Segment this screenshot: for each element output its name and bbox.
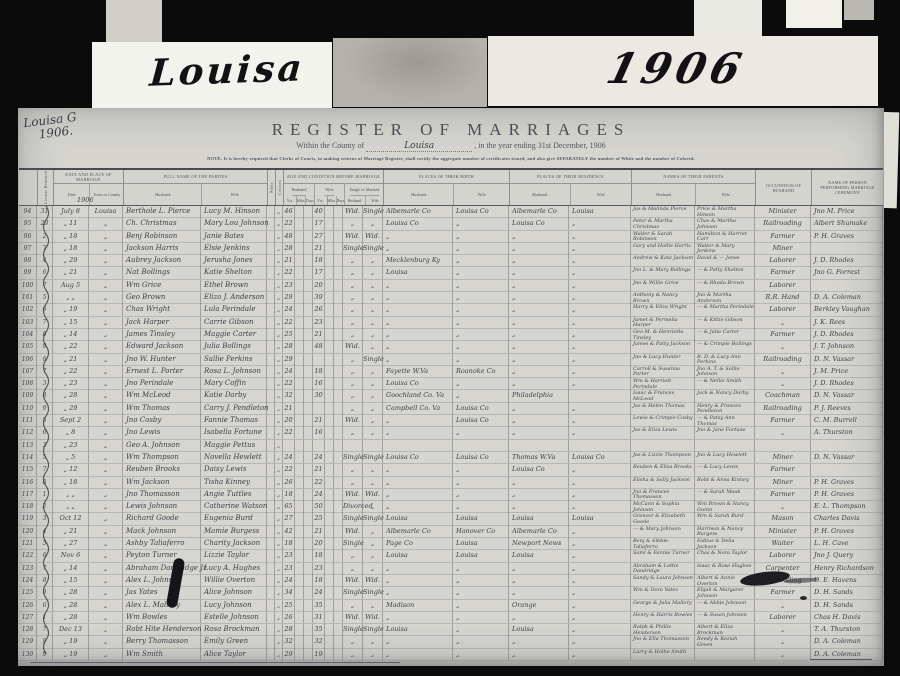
cell-wife-birthplace — [453, 440, 509, 452]
cell-husband-age-years: 25 — [283, 600, 295, 612]
cell-wife-parents: Jno & Lucy Hewlett — [695, 452, 755, 464]
cell-wife-name: Estelle Johnson — [201, 612, 267, 624]
cell-wife-name: Carry J. Pendleton — [201, 403, 267, 415]
cell-husband-age-months — [295, 243, 304, 255]
cell-license-number: 96 — [19, 231, 37, 243]
cell-minister-name: T. A. Thurston — [811, 624, 883, 636]
cell-wife-name: Novella Hewlett — [201, 452, 267, 464]
cell-husband-condition: Single — [343, 624, 363, 636]
cell-wife-age-years: 31 — [313, 612, 325, 624]
subtitle-suffix: , in the year ending 31st December, 1906 — [474, 141, 605, 150]
cell-white-mark — [267, 243, 275, 255]
cell-husband-parents: Saml & Fannie Turner — [631, 550, 695, 562]
cell-husband-name: Jno Cosby — [123, 415, 201, 427]
cell-wife-residence: „ — [569, 563, 631, 575]
cell-date: Nov 6 — [53, 550, 89, 562]
cell-white-mark — [267, 304, 275, 316]
cell-wife-age-months — [325, 587, 334, 599]
cell-wife-age-years: 17 — [313, 267, 325, 279]
cell-husband-name: Alex L. Mallory — [123, 600, 201, 612]
table-row: 1083„ 23„Jno PerindaleMary Coffin„2216„„… — [19, 378, 883, 390]
cell-wife-condition: „ — [363, 390, 383, 402]
cell-white-mark — [267, 403, 275, 415]
cell-town-or-county: „ — [89, 218, 123, 230]
cell-date: „ 21 — [53, 354, 89, 366]
cell-date: „ 23 — [53, 378, 89, 390]
cell-husband-age-years: 28 — [283, 243, 295, 255]
cell-husband-age-days — [304, 231, 313, 243]
cell-wife-residence: „ — [569, 526, 631, 538]
cell-husband-condition: „ — [343, 329, 363, 341]
cell-date: „ 8 — [53, 427, 89, 439]
cell-date: „ „ — [53, 489, 89, 501]
cell-wife-residence: „ — [569, 575, 631, 587]
cell-wife-age-days — [334, 280, 343, 292]
table-row: 1215„ 27„Ashby TaliaferroCharity Jackson… — [19, 538, 883, 550]
cell-husband-condition: Wid. — [343, 415, 363, 427]
cell-husband-residence: Albemarle Co — [509, 526, 569, 538]
cell-town-or-county: „ — [89, 329, 123, 341]
cell-husband-residence: „ — [509, 354, 569, 366]
table-row: 1299„ 19„Berry ThomassonEmily Green„3232… — [19, 636, 883, 648]
cell-colored-mark: „ — [275, 280, 283, 292]
cell-white-mark — [267, 513, 275, 525]
cell-wife-age-days — [334, 317, 343, 329]
cell-husband-birthplace: Louisa Co — [383, 378, 453, 390]
cell-minister-name — [811, 440, 883, 452]
cell-husband-name: Wm Smith — [123, 649, 201, 661]
cell-wife-age-days — [334, 464, 343, 476]
cell-husband-residence: „ — [509, 280, 569, 292]
cell-husband-condition — [343, 440, 363, 452]
cell-date: „ 29 — [53, 255, 89, 267]
table-row: 1193Oct 12„Richard GoodeEugenia Burd„272… — [19, 513, 883, 525]
cell-colored-mark: „ — [275, 378, 283, 390]
cell-husband-age-years: 28 — [283, 624, 295, 636]
cell-return-number: 7 — [37, 280, 53, 292]
cell-wife-age-years: 20 — [313, 538, 325, 550]
cell-colored-mark: „ — [275, 538, 283, 550]
cell-husband-birthplace: Mecklenburg Ky — [383, 255, 453, 267]
cell-wife-birthplace: „ — [453, 575, 509, 587]
cell-husband-parents: Wm & Harriett Perindale — [631, 378, 695, 390]
cell-wife-age-months — [325, 464, 334, 476]
cell-husband-age-days — [304, 403, 313, 415]
cell-occupation: Miner — [755, 243, 811, 255]
cell-occupation: „ — [755, 600, 811, 612]
cell-white-mark — [267, 427, 275, 439]
cell-wife-age-days — [334, 329, 343, 341]
cell-wife-residence: „ — [569, 366, 631, 378]
cell-wife-age-years: 18 — [313, 575, 325, 587]
cell-return-number: 7 — [37, 366, 53, 378]
cell-husband-name: Nat Bollings — [123, 267, 201, 279]
cell-date: „ 18 — [53, 231, 89, 243]
cell-husband-age-days — [304, 477, 313, 489]
cell-husband-residence: Philadelphia — [509, 390, 569, 402]
cell-wife-residence: „ — [569, 649, 631, 661]
cell-colored-mark: „ — [275, 267, 283, 279]
cell-wife-birthplace: „ — [453, 464, 509, 476]
cell-return-number: 4 — [37, 255, 53, 267]
cell-town-or-county: „ — [89, 255, 123, 267]
cell-husband-name: Wm Grice — [123, 280, 201, 292]
table-row: 1077„ 22„Ernest L. PorterRosa L. Johnson… — [19, 366, 883, 378]
cell-colored-mark: „ — [275, 612, 283, 624]
table-row: 9431July 8LouisaBerthole L. PierceLucy M… — [19, 206, 883, 218]
cell-wife-parents: David & — Jones — [695, 255, 755, 267]
cell-wife-residence: Louisa — [569, 513, 631, 525]
cell-husband-birthplace: „ — [383, 415, 453, 427]
cell-wife-birthplace: „ — [453, 317, 509, 329]
cell-husband-birthplace: Louisa Co — [383, 452, 453, 464]
cell-occupation: Laborer — [755, 255, 811, 267]
cell-husband-age-years: 23 — [283, 280, 295, 292]
cell-colored-mark: „ — [275, 440, 283, 452]
cell-husband-age-days — [304, 513, 313, 525]
cell-wife-parents: Isaac & Rose Hughes — [695, 563, 755, 575]
cell-husband-age-months — [295, 341, 304, 353]
cell-wife-age-years — [313, 354, 325, 366]
table-row: 1182„ „„Lewis JohnsonCatherine Watson„65… — [19, 501, 883, 513]
cell-husband-condition: Divorced — [343, 501, 363, 513]
cell-return-number: 6 — [37, 267, 53, 279]
cell-date: „ 27 — [53, 538, 89, 550]
cell-husband-age-months — [295, 354, 304, 366]
cell-wife-age-days — [334, 304, 343, 316]
cell-wife-name: Eliza J. Anderson — [201, 292, 267, 304]
cell-town-or-county: „ — [89, 600, 123, 612]
cell-husband-condition: „ — [343, 218, 363, 230]
cell-husband-name: Abraham Dandridge Jr — [123, 563, 201, 575]
cell-wife-condition: „ — [363, 526, 383, 538]
cell-husband-birthplace: „ — [383, 280, 453, 292]
table-row: 996„ 21„Nat BollingsKatie Shelton„2217„„… — [19, 267, 883, 279]
cell-husband-residence: „ — [509, 231, 569, 243]
cell-husband-residence: „ — [509, 403, 569, 415]
cell-minister-name: Jno J. Query — [811, 550, 883, 562]
cell-wife-parents: Jno & Martha Anderson — [695, 292, 755, 304]
cell-colored-mark: „ — [275, 587, 283, 599]
cell-license-number: 98 — [19, 255, 37, 267]
cell-husband-condition: „ — [343, 403, 363, 415]
cell-husband-age-months — [295, 563, 304, 575]
cell-white-mark — [267, 218, 275, 230]
cell-husband-age-days — [304, 612, 313, 624]
cell-wife-name: Angie Tuttles — [201, 489, 267, 501]
cell-return-number: 9 — [37, 403, 53, 415]
cell-husband-age-days — [304, 600, 313, 612]
cell-wife-birthplace: „ — [453, 218, 509, 230]
cell-date: „ 21 — [53, 267, 89, 279]
cell-town-or-county: „ — [89, 403, 123, 415]
cell-husband-age-years: 46 — [283, 206, 295, 218]
cell-date: „ 19 — [53, 304, 89, 316]
cell-town-or-county: „ — [89, 636, 123, 648]
cell-husband-parents: Jno & Frances Thomasson — [631, 489, 695, 501]
cell-husband-name: Wm Thompson — [123, 452, 201, 464]
cell-husband-age-months — [295, 649, 304, 661]
cell-wife-name: Carrie Gibson — [201, 317, 267, 329]
cell-license-number: 107 — [19, 366, 37, 378]
cell-wife-age-months — [325, 341, 334, 353]
cell-husband-age-days — [304, 292, 313, 304]
cell-colored-mark: „ — [275, 526, 283, 538]
cell-wife-age-days — [334, 452, 343, 464]
table-row: 1015„ „„Geo BrownEliza J. Anderson„2939„… — [19, 292, 883, 304]
cell-colored-mark: „ — [275, 624, 283, 636]
cell-date: „ 22 — [53, 341, 89, 353]
cell-date: „ 22 — [53, 366, 89, 378]
cell-husband-parents: Abraham & Lettie Dandridge — [631, 563, 695, 575]
colored-header: Colored — [275, 170, 283, 205]
cell-wife-name: Lula Perindale — [201, 304, 267, 316]
cell-husband-name: Benj Robinson — [123, 231, 201, 243]
cell-wife-age-years: 18 — [313, 366, 325, 378]
cell-wife-age-months — [325, 403, 334, 415]
cell-wife-age-years: 35 — [313, 600, 325, 612]
cell-wife-age-years: 22 — [313, 477, 325, 489]
cell-wife-age-years: 23 — [313, 317, 325, 329]
cell-wife-name: Lucy M. Hinson — [201, 206, 267, 218]
cell-license-number: 114 — [19, 452, 37, 464]
cell-wife-name: Alice Johnson — [201, 587, 267, 599]
table-row: 1168„ 18„Wm JacksonTisha Kinney„2622„„„„… — [19, 477, 883, 489]
cell-minister-name: J. D. Rhodes — [811, 378, 883, 390]
cell-husband-residence: Albemarle Co — [509, 206, 569, 218]
table-row: 1126„ 8„Jno LewisIsabella Fortune„2216„„… — [19, 427, 883, 439]
cell-wife-age-years: 23 — [313, 563, 325, 575]
cell-license-number: 121 — [19, 538, 37, 550]
cell-colored-mark: „ — [275, 649, 283, 661]
cell-wife-age-years: 18 — [313, 550, 325, 562]
table-row: 1145„ 5„Wm ThompsonNovella Hewlett„2424S… — [19, 452, 883, 464]
cell-wife-age-months — [325, 427, 334, 439]
cell-wife-age-days — [334, 624, 343, 636]
cell-wife-age-days — [334, 292, 343, 304]
table-row: 1037„ 15„Jack HarperCarrie Gibson„2223„„… — [19, 317, 883, 329]
table-row: 977„ 18„Jackson HarrisElsie Jenkins„2821… — [19, 243, 883, 255]
cell-wife-age-months — [325, 267, 334, 279]
cell-wife-parents: Chas & Martha Johnson — [695, 218, 755, 230]
cell-husband-age-months — [295, 292, 304, 304]
cell-wife-birthplace: „ — [453, 612, 509, 624]
cell-husband-condition: Wid. — [343, 612, 363, 624]
cell-husband-age-days — [304, 341, 313, 353]
cell-husband-birthplace: Fayette W.Va — [383, 366, 453, 378]
cell-license-number: 111 — [19, 415, 37, 427]
cell-wife-age-days — [334, 575, 343, 587]
cell-husband-condition: Wid. — [343, 206, 363, 218]
cell-husband-birthplace: „ — [383, 477, 453, 489]
cell-return-number: 3 — [37, 513, 53, 525]
cell-husband-birthplace: „ — [383, 243, 453, 255]
cell-husband-age-months — [295, 231, 304, 243]
cell-husband-residence: „ — [509, 292, 569, 304]
cell-husband-age-days — [304, 587, 313, 599]
cell-date: „ 15 — [53, 317, 89, 329]
table-row: 1109„ 29„Wm ThomasCarry J. Pendleton„21„… — [19, 403, 883, 415]
cell-wife-residence: „ — [569, 267, 631, 279]
cell-date: „ „ — [53, 292, 89, 304]
cell-return-number: 6 — [37, 550, 53, 562]
cell-husband-parents: Jas & Malinda Pierce — [631, 206, 695, 218]
cell-wife-birthplace: Louisa Co — [453, 415, 509, 427]
cell-minister-name: J. M. Price — [811, 366, 883, 378]
blank-card — [333, 38, 487, 107]
cell-minister-name: Henry Richardson — [811, 563, 883, 575]
cell-wife-parents: — & Julia Carter — [695, 329, 755, 341]
cell-husband-condition: „ — [343, 636, 363, 648]
cell-license-number: 105 — [19, 341, 37, 353]
cell-husband-condition: „ — [343, 366, 363, 378]
cell-husband-birthplace: „ — [383, 612, 453, 624]
cell-husband-condition: „ — [343, 600, 363, 612]
cell-wife-age-years: 35 — [313, 624, 325, 636]
cell-wife-age-months — [325, 354, 334, 366]
cell-husband-age-years: 28 — [283, 341, 295, 353]
cell-wife-name: Ethel Brown — [201, 280, 267, 292]
cell-wife-age-months — [325, 612, 334, 624]
cell-license-number: 103 — [19, 317, 37, 329]
cell-husband-birthplace: „ — [383, 575, 453, 587]
cell-license-number: 102 — [19, 304, 37, 316]
cell-colored-mark: „ — [275, 243, 283, 255]
cell-husband-residence — [509, 440, 569, 452]
cell-wife-age-days — [334, 600, 343, 612]
cell-wife-age-days — [334, 403, 343, 415]
cell-husband-age-days — [304, 624, 313, 636]
cell-wife-age-days — [334, 550, 343, 562]
cell-white-mark — [267, 415, 275, 427]
cell-wife-age-months — [325, 317, 334, 329]
cell-wife-age-days — [334, 440, 343, 452]
filing-tab-left — [106, 0, 162, 42]
cell-wife-age-months — [325, 218, 334, 230]
cell-colored-mark: „ — [275, 477, 283, 489]
cell-husband-name: Jno Thomasson — [123, 489, 201, 501]
cell-date: Aug 5 — [53, 280, 89, 292]
cell-wife-birthplace: „ — [453, 390, 509, 402]
cell-town-or-county: Louisa — [89, 206, 123, 218]
cell-wife-condition: „ — [363, 427, 383, 439]
cell-husband-birthplace: Page Co — [383, 538, 453, 550]
cell-wife-age-years: 21 — [313, 243, 325, 255]
cell-colored-mark: „ — [275, 415, 283, 427]
cell-wife-condition: „ — [363, 341, 383, 353]
cell-white-mark — [267, 231, 275, 243]
cell-husband-parents: Jas & Eliza Lewis — [631, 427, 695, 439]
cell-return-number: 7 — [37, 317, 53, 329]
cell-license-number: 115 — [19, 464, 37, 476]
cell-husband-condition: „ — [343, 649, 363, 661]
cell-minister-name: A. Thurston — [811, 427, 883, 439]
cell-wife-age-days — [334, 415, 343, 427]
cell-wife-condition: „ — [363, 292, 383, 304]
cell-white-mark — [267, 390, 275, 402]
cell-husband-condition: „ — [343, 280, 363, 292]
cell-wife-parents: — & Abbie Johnson — [695, 600, 755, 612]
cell-husband-age-months — [295, 329, 304, 341]
cell-husband-age-months — [295, 600, 304, 612]
cell-husband-birthplace: „ — [383, 231, 453, 243]
cell-wife-birthplace: Louisa — [453, 550, 509, 562]
cell-husband-condition: Wid. — [343, 575, 363, 587]
cell-wife-name: Janie Bates — [201, 231, 267, 243]
cell-husband-name: Edward Jackson — [123, 341, 201, 353]
cell-husband-condition: Single — [343, 243, 363, 255]
cell-return-number: 6 — [37, 304, 53, 316]
cell-husband-birthplace: Albemarle Co — [383, 526, 453, 538]
cell-wife-name: Willie Overton — [201, 575, 267, 587]
cell-license-number: 122 — [19, 550, 37, 562]
cell-wife-age-months — [325, 255, 334, 267]
cell-husband-age-days — [304, 243, 313, 255]
cell-wife-birthplace: Louisa Co — [453, 206, 509, 218]
cell-wife-birthplace: „ — [453, 341, 509, 353]
cell-occupation — [755, 440, 811, 452]
cell-minister-name — [811, 280, 883, 292]
cell-wife-age-months — [325, 390, 334, 402]
cell-husband-age-months — [295, 317, 304, 329]
cell-husband-age-years: 22 — [283, 218, 295, 230]
cell-date: July 8 — [53, 206, 89, 218]
cell-occupation: Farmer — [755, 231, 811, 243]
cell-town-or-county: „ — [89, 624, 123, 636]
cell-wife-birthplace: „ — [453, 329, 509, 341]
cell-husband-condition: „ — [343, 354, 363, 366]
cell-wife-birthplace: „ — [453, 489, 509, 501]
cell-wife-condition: „ — [363, 538, 383, 550]
cell-husband-age-months — [295, 513, 304, 525]
cell-wife-age-months — [325, 440, 334, 452]
cell-wife-age-days — [334, 243, 343, 255]
cell-occupation: Miner — [755, 477, 811, 489]
cell-husband-residence: „ — [509, 587, 569, 599]
cell-wife-residence: „ — [569, 501, 631, 513]
cell-husband-residence: „ — [509, 366, 569, 378]
cell-occupation: Miner — [755, 452, 811, 464]
cell-return-number: 2 — [37, 231, 53, 243]
cell-husband-age-months — [295, 280, 304, 292]
cell-town-or-county: „ — [89, 341, 123, 353]
cell-husband-name: Geo Brown — [123, 292, 201, 304]
cell-wife-age-years: 24 — [313, 587, 325, 599]
table-row: 1171„ „„Jno ThomassonAngie Tuttles„1824W… — [19, 489, 883, 501]
cell-wife-parents: — & Nellie Smith — [695, 378, 755, 390]
cell-husband-name: Ch. Christmas — [123, 218, 201, 230]
cell-wife-parents: Wm Brown & Nancy Guinn — [695, 501, 755, 513]
parents-group-header: NAMES OF THEIR PARENTS Husband Wife — [631, 170, 755, 205]
cell-return-number: 9 — [37, 587, 53, 599]
cell-wife-age-months — [325, 477, 334, 489]
cell-license-number: 106 — [19, 354, 37, 366]
cell-occupation: R.R. Hand — [755, 292, 811, 304]
cell-husband-age-years: 22 — [283, 427, 295, 439]
cell-return-number: 9 — [37, 649, 53, 661]
cell-husband-birthplace: Campbell Co. Va — [383, 403, 453, 415]
cell-wife-residence: „ — [569, 354, 631, 366]
cell-occupation: „ — [755, 427, 811, 439]
cell-husband-age-months — [295, 304, 304, 316]
cell-town-or-county: „ — [89, 612, 123, 624]
cell-wife-condition: „ — [363, 415, 383, 427]
cell-date: „ 19 — [53, 649, 89, 661]
cell-wife-parents: Jack & Nancy Darby — [695, 390, 755, 402]
cell-husband-parents: Isaac & Frances McLeod — [631, 390, 695, 402]
cell-wife-age-years: 20 — [313, 280, 325, 292]
cell-husband-age-days — [304, 427, 313, 439]
